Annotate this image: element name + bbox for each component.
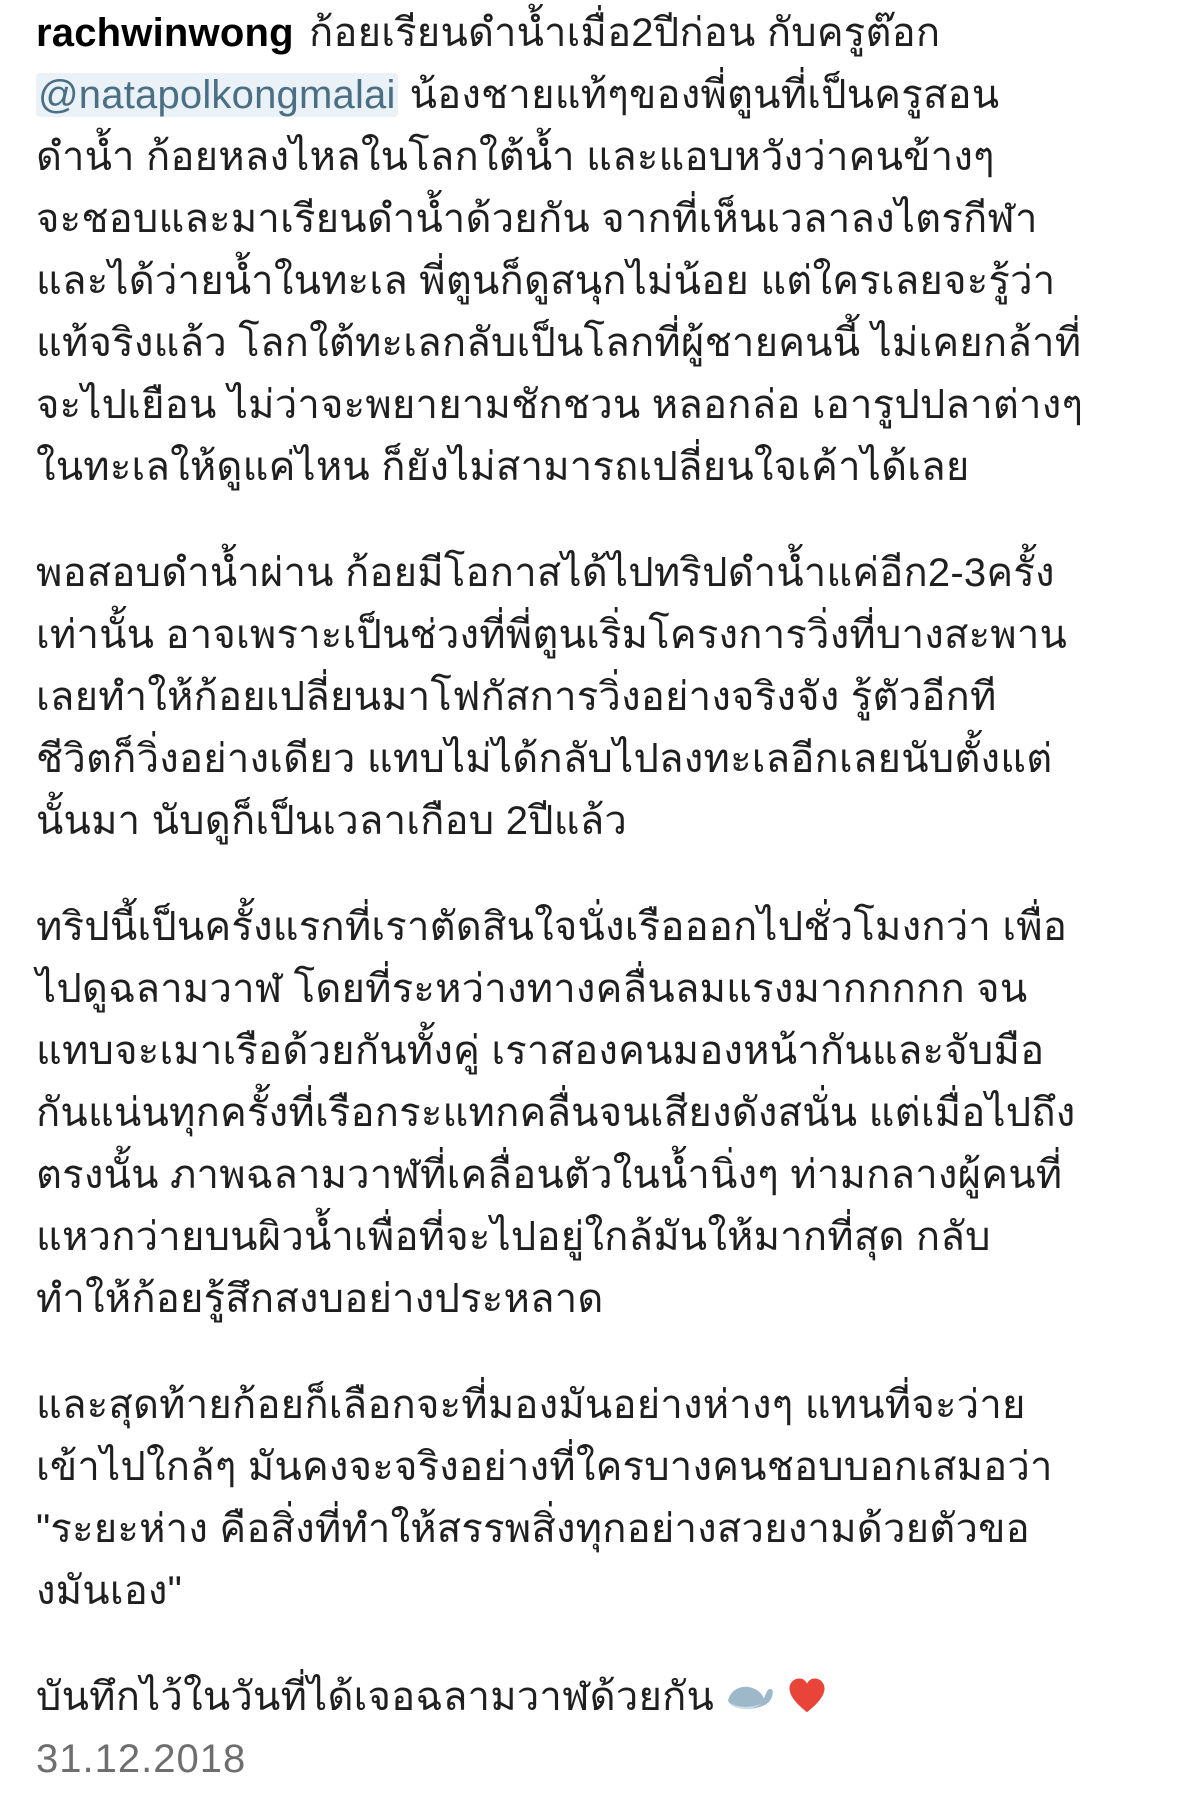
caption-paragraph-4: และสุดท้ายก้อยก็เลือกจะที่มองมันอย่างห่า… [36, 1374, 1164, 1622]
caption-line: rachwinwongก้อยเรียนดำน้ำเมื่อ2ปีก่อน กั… [36, 2, 1164, 64]
red-heart-emoji [786, 1676, 828, 1716]
caption-line: นั้นมา นับดูก็เป็นเวลาเกือบ 2ปีแล้ว [36, 790, 1164, 852]
caption-paragraph-2: พอสอบดำน้ำผ่าน ก้อยมีโอกาสได้ไปทริปดำน้ำ… [36, 542, 1164, 852]
caption-line: แทบจะเมาเรือด้วยกันทั้งคู่ เราสองคนมองหน… [36, 1020, 1164, 1082]
caption-line: เท่านั้น อาจเพราะเป็นช่วงที่พี่ตูนเริ่มโ… [36, 604, 1164, 666]
caption-line: เลยทำให้ก้อยเปลี่ยนมาโฟกัสการวิ่งอย่างจร… [36, 666, 1164, 728]
caption-paragraph-3: ทริปนี้เป็นครั้งแรกที่เราตัดสินใจนั่งเรื… [36, 896, 1164, 1330]
caption-text: บันทึกไว้ในวันที่ได้เจอฉลามวาฬด้วยกัน [36, 1675, 714, 1719]
caption-line: ในทะเลให้ดูแค่ไหน ก็ยังไม่สามารถเปลี่ยนใ… [36, 436, 1164, 498]
caption-line: ตรงนั้น ภาพฉลามวาฬที่เคลื่อนตัวในน้ำนิ่ง… [36, 1144, 1164, 1206]
caption-line: แหวกว่ายบนผิวน้ำเพื่อที่จะไปอยู่ใกล้มันใ… [36, 1206, 1164, 1268]
mention-link[interactable]: @natapolkongmalai [36, 73, 398, 117]
caption-line: ดำน้ำ ก้อยหลงไหลในโลกใต้น้ำ และแอบหวังว่… [36, 126, 1164, 188]
caption-line: กันแน่นทุกครั้งที่เรือกระแทกคลื่นจนเสียง… [36, 1082, 1164, 1144]
caption-line: ทำให้ก้อยรู้สึกสงบอย่างประหลาด [36, 1268, 1164, 1330]
caption-line: แท้จริงแล้ว โลกใต้ทะเลกลับเป็นโลกที่ผู้ช… [36, 312, 1164, 374]
username-link[interactable]: rachwinwong [36, 11, 294, 55]
caption-line: ไปดูฉลามวาฬ โดยที่ระหว่างทางคลื่นลมแรงมา… [36, 958, 1164, 1020]
caption-line: @natapolkongmalaiน้องชายแท้ๆของพี่ตูนที่… [36, 64, 1164, 126]
caption-line: และได้ว่ายน้ำในทะเล พี่ตูนก็ดูสนุกไม่น้อ… [36, 250, 1164, 312]
caption-line: เข้าไปใกล้ๆ มันคงจะจริงอย่างที่ใครบางคนช… [36, 1436, 1164, 1498]
whale-emoji [724, 1676, 776, 1716]
caption-text: ก้อยเรียนดำน้ำเมื่อ2ปีก่อน กับครูต๊อก [309, 11, 940, 55]
post-caption: rachwinwongก้อยเรียนดำน้ำเมื่อ2ปีก่อน กั… [0, 0, 1200, 1790]
caption-line: พอสอบดำน้ำผ่าน ก้อยมีโอกาสได้ไปทริปดำน้ำ… [36, 542, 1164, 604]
caption-line: "ระยะห่าง คือสิ่งที่ทำให้สรรพสิ่งทุกอย่า… [36, 1498, 1164, 1560]
caption-line: ทริปนี้เป็นครั้งแรกที่เราตัดสินใจนั่งเรื… [36, 896, 1164, 958]
post-date: 31.12.2018 [36, 1728, 1164, 1790]
caption-line: บันทึกไว้ในวันที่ได้เจอฉลามวาฬด้วยกัน [36, 1666, 1164, 1728]
caption-line: ชีวิตก็วิ่งอย่างเดียว แทบไม่ได้กลับไปลงท… [36, 728, 1164, 790]
caption-paragraph-1: rachwinwongก้อยเรียนดำน้ำเมื่อ2ปีก่อน กั… [36, 2, 1164, 498]
caption-line: จะชอบและมาเรียนดำน้ำด้วยกัน จากที่เห็นเว… [36, 188, 1164, 250]
caption-line: จะไปเยือน ไม่ว่าจะพยายามชักชวน หลอกล่อ เ… [36, 374, 1164, 436]
caption-line: งมันเอง" [36, 1560, 1164, 1622]
caption-paragraph-5: บันทึกไว้ในวันที่ได้เจอฉลามวาฬด้วยกัน 31… [36, 1666, 1164, 1790]
caption-line: และสุดท้ายก้อยก็เลือกจะที่มองมันอย่างห่า… [36, 1374, 1164, 1436]
caption-text: น้องชายแท้ๆของพี่ตูนที่เป็นครูสอน [410, 73, 1000, 117]
